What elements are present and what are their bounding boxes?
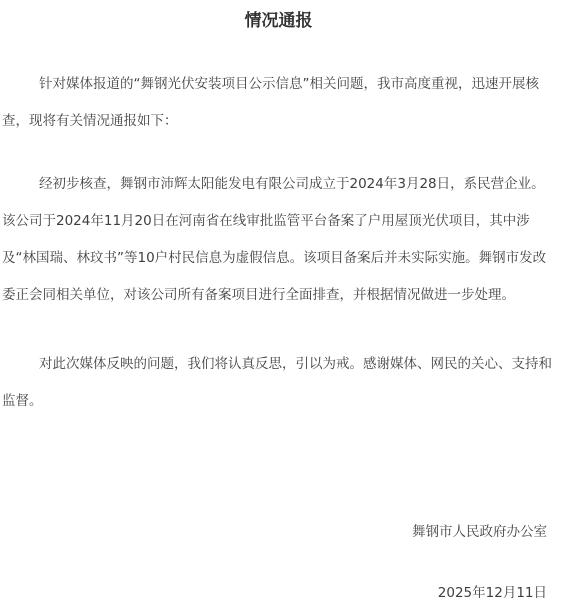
notice-paragraph-findings: 经初步核查，舞钢市沛辉太阳能发电有限公司成立于2024年3月28日，系民营企业。… bbox=[2, 166, 555, 314]
issuer-signature: 舞钢市人民政府办公室 bbox=[2, 514, 547, 551]
notice-paragraph-intro: 针对媒体报道的“舞钢光伏安装项目公示信息”相关问题，我市高度重视，迅速开展核查，… bbox=[2, 66, 555, 140]
notice-title: 情况通报 bbox=[2, 3, 555, 40]
issue-date: 2025年12月11日 bbox=[2, 575, 547, 612]
notice-document: 情况通报 针对媒体报道的“舞钢光伏安装项目公示信息”相关问题，我市高度重视，迅速… bbox=[0, 0, 561, 612]
notice-paragraph-closing: 对此次媒体反映的问题，我们将认真反思，引以为戒。感谢媒体、网民的关心、支持和监督… bbox=[2, 346, 555, 420]
